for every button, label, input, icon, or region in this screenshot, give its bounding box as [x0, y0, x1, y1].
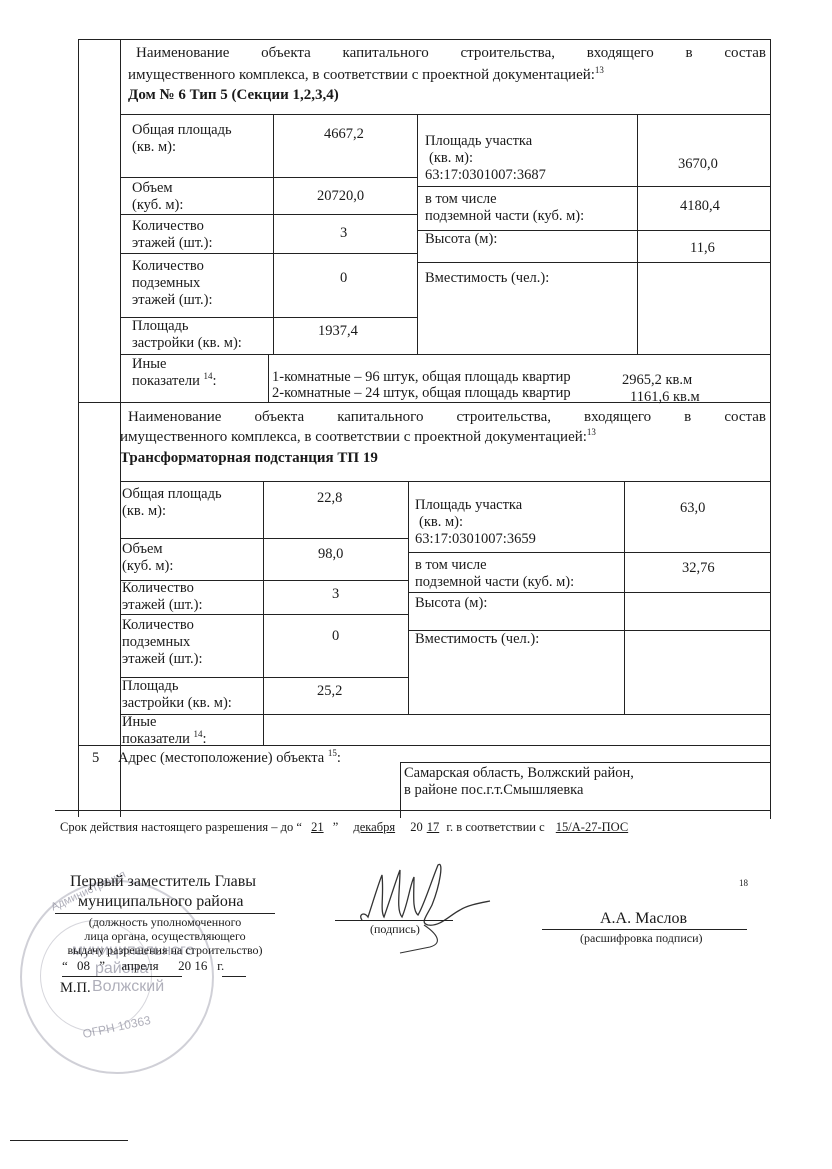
validity-year-suffix: 17 [423, 820, 444, 834]
label-line: застройки (кв. м): [122, 695, 232, 712]
s1-heading-bottom [120, 114, 770, 115]
label-line: этажей (шт.): [122, 651, 203, 668]
cadastral-number: 63:17:0301007:3687 [425, 167, 546, 184]
label-line: в том числе [425, 191, 584, 208]
label-line: (кв. м): [132, 139, 232, 156]
address-line: Самарская область, Волжский район, [404, 765, 634, 782]
s2-ufloors-label: Количество подземных этажей (шт.): [122, 617, 203, 668]
s2-volume-value: 98,0 [318, 546, 343, 563]
signature-underline [335, 920, 453, 921]
s2-capacity-label: Вместимость (чел.): [415, 631, 539, 648]
label-line: (куб. м): [122, 558, 173, 575]
s2-heading-bottom [120, 481, 770, 482]
s2-total-area-label: Общая площадь (кв. м): [122, 486, 222, 520]
s1-heading-line1: Наименование объекта капитального строит… [136, 45, 766, 62]
date-suffix: г. [217, 958, 224, 973]
date-year-underline [222, 976, 246, 977]
addr-top-right [400, 762, 770, 763]
table-left-border [78, 39, 79, 817]
date-year: 20 16 [178, 958, 207, 973]
s2-col2 [408, 481, 409, 714]
s1-other-label: Иные показатели 14: [132, 356, 216, 390]
s1-plot-area-label: Площадь участка (кв. м): 63:17:0301007:3… [425, 133, 546, 184]
label-line: Площадь участка [415, 497, 536, 514]
footnote-ref: 15 [328, 748, 337, 758]
label-line: Площадь участка [425, 133, 546, 150]
s2-underground-label: в том числе подземной части (куб. м): [415, 557, 574, 591]
label-line: подземной части (куб. м): [425, 208, 584, 225]
s2-plot-area-label: Площадь участка (кв. м): 63:17:0301007:3… [415, 497, 536, 548]
address-label-text: Адрес (местоположение) объекта [118, 750, 324, 766]
validity-month: декабря [341, 820, 407, 834]
validity-day: 21 [305, 820, 330, 834]
label-line: в том числе [415, 557, 574, 574]
label-line: Площадь [122, 678, 232, 695]
s1-total-area-label: Общая площадь (кв. м): [132, 122, 232, 156]
s1-row-c [120, 253, 417, 254]
label-line: подземных [122, 634, 203, 651]
s1-floors-label: Количество этажей (шт.): [132, 218, 213, 252]
footnote-ref: 14 [193, 729, 202, 739]
s1-plot-area-value: 3670,0 [678, 156, 718, 173]
label-line: Количество [122, 617, 203, 634]
label-line: Общая площадь [132, 122, 232, 139]
s1-row-b [120, 214, 417, 215]
s2-other-label: Иные показатели 14: [122, 714, 206, 748]
s2-floors-value: 3 [332, 586, 339, 603]
label-line: Объем [122, 541, 173, 558]
caption-line: лица органа, осуществляющего [60, 929, 270, 943]
s2-heading-line2: имущественного комплекса, в соответствии… [120, 429, 596, 446]
s2-volume-label: Объем (куб. м): [122, 541, 173, 575]
s1-built-area-label: Площадь застройки (кв. м): [132, 318, 242, 352]
s1-col3 [637, 114, 638, 354]
s1-capacity-label: Вместимость (чел.): [425, 270, 549, 287]
caption-line: (должность уполномоченного [60, 915, 270, 929]
position-caption: (должность уполномоченного лица органа, … [60, 915, 270, 957]
s1-other-col [268, 354, 269, 402]
s2-row-e [120, 714, 770, 715]
label-line: (кв. м): [122, 503, 222, 520]
s1-floors-value: 3 [340, 225, 347, 242]
s1-col2 [417, 114, 418, 354]
s1-total-area-value: 4667,2 [324, 126, 364, 143]
validity-line: Срок действия настоящего разрешения – до… [60, 820, 636, 834]
label-text: показатели [122, 731, 190, 747]
label-line: Количество [132, 258, 213, 275]
s1-object-name: Дом № 6 Тип 5 (Секции 1,2,3,4) [128, 87, 339, 104]
position-underline [55, 913, 275, 914]
s1-underground-value: 4180,4 [680, 198, 720, 215]
date-month: апреля [121, 958, 158, 973]
s1-heading-line2-text: имущественного комплекса, в соответствии… [128, 67, 595, 83]
label-line: этажей (шт.): [132, 235, 213, 252]
label-line: подземной части (куб. м): [415, 574, 574, 591]
s2-row-a2 [408, 552, 770, 553]
s1-volume-value: 20720,0 [317, 188, 364, 205]
s1-other-line1: 1-комнатные – 96 штук, общая площадь ква… [272, 369, 571, 386]
s2-plot-area-value: 63,0 [680, 500, 705, 517]
date-underline [62, 976, 182, 977]
s2-underground-value: 32,76 [682, 560, 715, 577]
footnote-separator [10, 1140, 128, 1141]
label-line: (куб. м): [132, 197, 183, 214]
table-number-col-border [120, 39, 121, 817]
caption-line: выдачу разрешения на строительство) [60, 943, 270, 957]
s1-height-label: Высота (м): [425, 231, 497, 248]
s2-row-c [120, 614, 408, 615]
s1-volume-label: Объем (куб. м): [132, 180, 183, 214]
label-line: этажей (шт.): [132, 292, 213, 309]
footnote-ref: 14 [203, 371, 212, 381]
address-row-number: 5 [92, 750, 99, 767]
label-line: Площадь [132, 318, 242, 335]
s2-col3 [624, 481, 625, 714]
label-line: этажей (шт.): [122, 597, 203, 614]
s1-row-a2 [417, 186, 770, 187]
footnote-ref: 13 [587, 427, 596, 437]
signature-caption: (подпись) [370, 922, 420, 936]
s2-built-area-label: Площадь застройки (кв. м): [122, 678, 232, 712]
s2-floors-label: Количество этажей (шт.): [122, 580, 203, 614]
s1-built-area-value: 1937,4 [318, 323, 358, 340]
footnote-number-18: 18 [739, 875, 748, 892]
label-line: (кв. м): [425, 150, 546, 167]
s1-height-value: 11,6 [690, 240, 715, 257]
signing-date: “ 08 ” апреля 20 16 г. [62, 959, 224, 973]
s2-total-area-value: 22,8 [317, 490, 342, 507]
s2-row-a [120, 538, 408, 539]
s1-row-e [120, 354, 770, 355]
s2-built-area-value: 25,2 [317, 683, 342, 700]
s2-heading-line1: Наименование объекта капитального строит… [128, 409, 766, 426]
s1-ufloors-value: 0 [340, 270, 347, 287]
s2-ufloors-value: 0 [332, 628, 339, 645]
label-line: подземных [132, 275, 213, 292]
s2-object-name: Трансформаторная подстанция ТП 19 [120, 450, 378, 467]
label-line: Объем [132, 180, 183, 197]
validity-middle: г. в соответствии с [446, 820, 544, 834]
validity-reference: 15/А-27-ПОС [548, 820, 636, 834]
cadastral-number: 63:17:0301007:3659 [415, 531, 536, 548]
address-line: в районе пос.г.т.Смышляевка [404, 782, 634, 799]
name-caption: (расшифровка подписи) [580, 931, 703, 945]
label-line: (кв. м): [415, 514, 536, 531]
s1-underground-label: в том числе подземной части (куб. м): [425, 191, 584, 225]
s2-row-b2 [408, 592, 770, 593]
label-line: Общая площадь [122, 486, 222, 503]
validity-year-prefix: 20 [410, 820, 423, 834]
table-right-border [770, 39, 771, 819]
footnote-ref: 13 [595, 65, 604, 75]
label-line: Количество [122, 580, 203, 597]
handwritten-signature [340, 855, 500, 955]
position-line1: Первый заместитель Главы [70, 873, 256, 890]
seal-label: М.П. [60, 980, 91, 997]
s1-other-line2-value: 1161,6 кв.м [630, 389, 700, 406]
s1-col1 [273, 114, 274, 354]
s1-row-c2 [417, 262, 770, 263]
s1-ufloors-label: Количество подземных этажей (шт.): [132, 258, 213, 309]
label-line: показатели 14: [122, 731, 206, 748]
s1-heading-line2: имущественного комплекса, в соответствии… [128, 67, 604, 84]
label-line: показатели 14: [132, 373, 216, 390]
stamp-text: Волжский [92, 978, 164, 996]
address-label: Адрес (местоположение) объекта 15: [118, 750, 341, 767]
address-value: Самарская область, Волжский район, в рай… [404, 765, 634, 799]
s2-heading-line2-text: имущественного комплекса, в соответствии… [120, 429, 587, 445]
name-underline [542, 929, 747, 930]
label-line: Количество [132, 218, 213, 235]
table-bottom-border [55, 810, 770, 811]
validity-prefix: Срок действия настоящего разрешения – до [60, 820, 293, 834]
label-text: показатели [132, 373, 200, 389]
signer-name: А.А. Маслов [600, 910, 687, 927]
s1-other-line2: 2-комнатные – 24 штук, общая площадь ква… [272, 385, 571, 402]
s2-col1 [263, 481, 264, 745]
s1-other-line1-value: 2965,2 кв.м [622, 372, 692, 389]
s2-height-label: Высота (м): [415, 595, 487, 612]
s1-row-a [120, 177, 417, 178]
date-day: 08 [71, 958, 96, 973]
position-line2: муниципального района [78, 893, 244, 910]
label-line: застройки (кв. м): [132, 335, 242, 352]
table-top-border [78, 39, 770, 40]
